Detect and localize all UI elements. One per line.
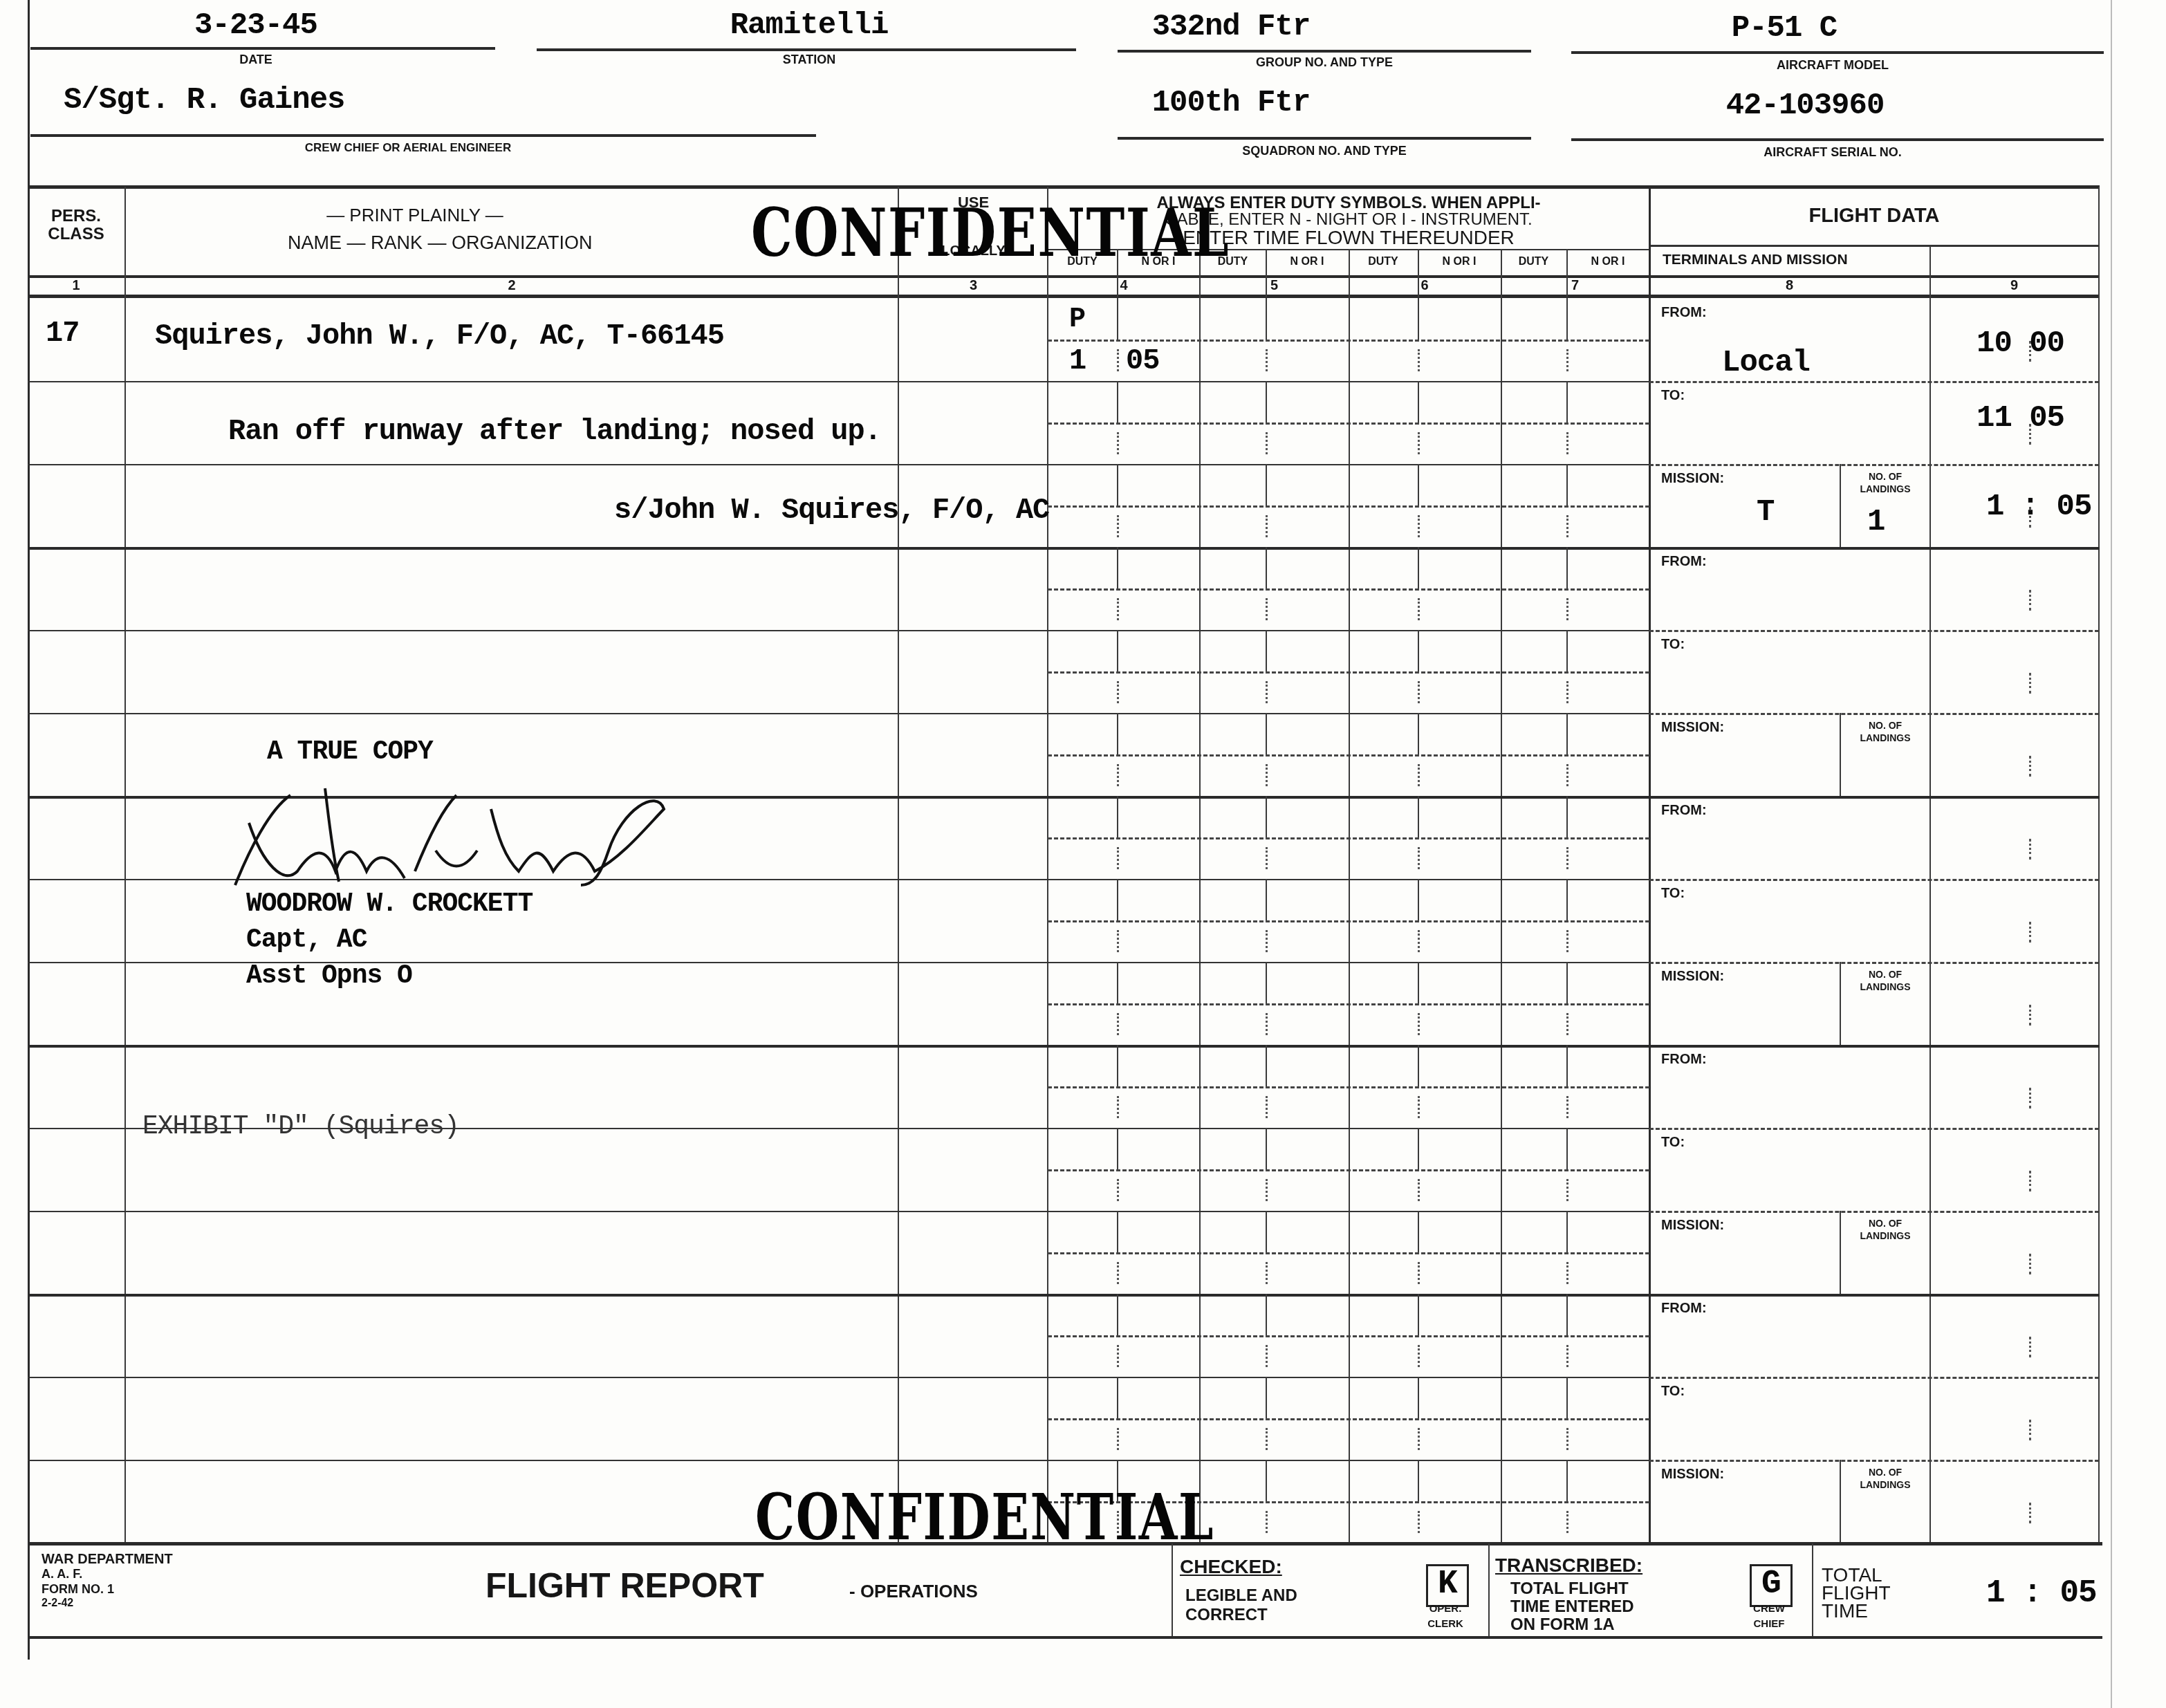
duty-colon-dots [1418, 432, 1420, 454]
aircraft-model-line [1571, 51, 2104, 54]
flight-mission-label: MISSION: [1661, 1467, 1724, 1483]
signer-rank: Capt, AC [246, 925, 367, 955]
col6-right-line [1501, 249, 1502, 1542]
from-value: Local [1722, 346, 1810, 380]
print-plainly-header: — PRINT PLAINLY — [249, 205, 581, 226]
col5-split-header [1266, 249, 1267, 297]
duty-colon-dots [1418, 764, 1420, 786]
duty-colon-dots [1117, 1262, 1119, 1284]
duty-colon-dots [1266, 681, 1268, 703]
duty-symbol: P [1069, 304, 1085, 335]
duty-colon-dots [1566, 1511, 1568, 1533]
duty-colon-dots [1566, 515, 1568, 537]
duty-colon-dots [1566, 1345, 1568, 1367]
col-number-4: 4 [1048, 278, 1200, 294]
time-colon-dots [2029, 1420, 2031, 1440]
duty-split-line [1266, 1377, 1267, 1418]
duty-mid-dash [1048, 920, 1649, 922]
duty-colon-dots [1418, 930, 1420, 952]
duty-colon-dots [1117, 598, 1119, 620]
time-colon-dots [2029, 1503, 2031, 1523]
duty-split-line [1566, 1211, 1568, 1252]
duty-split-line [1566, 464, 1568, 505]
page-left-border [28, 0, 30, 1660]
squadron-line [1118, 137, 1531, 140]
col2-right-line [898, 187, 899, 1542]
duty-mid-dash [1048, 1003, 1649, 1005]
duty-split-line [1117, 713, 1118, 754]
duty-split-line [1117, 298, 1118, 340]
duration-value: 1 : 05 [1986, 490, 2091, 524]
duty-colon-dots [1566, 764, 1568, 786]
page-right-edge [2111, 0, 2112, 1708]
duty-split-line [1418, 1460, 1419, 1501]
duty-colon-dots [1418, 1013, 1420, 1035]
duty-colon-dots [1117, 432, 1119, 454]
row-line [28, 1377, 1649, 1378]
col7-split-header [1566, 249, 1568, 297]
duty-mid-dash [1048, 1335, 1649, 1337]
duty-colon-dots [1418, 681, 1420, 703]
duty-colon-dots [1266, 515, 1268, 537]
flight-sub-dash [1649, 1128, 2099, 1130]
duty-split-line [1117, 464, 1118, 505]
duty-split-line [1566, 381, 1568, 423]
crew-chief-label: CREW CHIEF OR AERIAL ENGINEER [194, 141, 622, 155]
signer-name: WOODROW W. CROCKETT [246, 889, 533, 919]
flight-mission-label: MISSION: [1661, 969, 1724, 985]
crew-chief-label-1: CREW [1734, 1603, 1804, 1615]
no-of-landings-label: NO. OF [1841, 969, 1929, 980]
duty-colon-dots [1117, 1013, 1119, 1035]
duty-colon-dots [1266, 349, 1268, 371]
duty-colon-dots [1266, 598, 1268, 620]
duty-split-line [1566, 298, 1568, 340]
col3-right-line [1047, 187, 1048, 1542]
squadron-label: SQUADRON NO. AND TYPE [1118, 144, 1531, 158]
duty-split-line [1266, 1128, 1267, 1169]
duty-mid-dash [1048, 505, 1649, 508]
checked-left-border [1172, 1543, 1173, 1639]
time-colon-dots [2029, 590, 2031, 611]
duty-time-minutes: 05 [1126, 344, 1159, 378]
flight-sub-dash [1649, 464, 2099, 466]
handwritten-signature [207, 768, 678, 899]
col7-right-line [1649, 187, 1651, 1542]
col1-right-line [124, 187, 126, 1542]
no-of-landings-label: NO. OF [1841, 1467, 1929, 1478]
flight-mission-label: MISSION: [1661, 1218, 1724, 1234]
duty-split-line [1117, 962, 1118, 1003]
duty-colon-dots [1418, 1262, 1420, 1284]
duty-split-line [1117, 1377, 1118, 1418]
mission-value: T [1757, 495, 1774, 530]
no-of-landings-label: NO. OF [1841, 471, 1929, 482]
duty-colon-dots [1418, 598, 1420, 620]
no-of-landings-label: LANDINGS [1841, 1230, 1929, 1241]
footer-top-line [28, 1542, 2102, 1545]
col5-n-or-i-label: N OR I [1266, 256, 1349, 268]
duty-colon-dots [1418, 1179, 1420, 1201]
duty-mid-dash [1048, 1252, 1649, 1254]
form-subtitle: - OPERATIONS [849, 1581, 978, 1602]
duty-split-line [1418, 962, 1419, 1003]
flight-data-sub-line [1649, 245, 2099, 247]
no-of-landings-label: LANDINGS [1841, 483, 1929, 494]
duty-split-line [1266, 879, 1267, 920]
col-number-3: 3 [899, 278, 1048, 294]
duty-mid-dash [1048, 671, 1649, 674]
row-line [28, 713, 1649, 714]
flight-sub-dash [1649, 962, 2099, 964]
war-dept-3: FORM NO. 1 [41, 1582, 114, 1597]
duty-split-line [1566, 796, 1568, 837]
col-number-9: 9 [1929, 278, 2099, 294]
row-line [28, 1460, 1649, 1461]
duty-split-line [1266, 796, 1267, 837]
duty-colon-dots [1266, 432, 1268, 454]
duty-mid-dash [1048, 1169, 1649, 1171]
duty-colon-dots [1418, 1511, 1420, 1533]
duty-colon-dots [1266, 1013, 1268, 1035]
col-number-5: 5 [1200, 278, 1349, 294]
crew-chief-value: S/Sgt. R. Gaines [64, 83, 344, 118]
group-line [1118, 50, 1531, 53]
duty-colon-dots [1418, 1096, 1420, 1118]
duty-colon-dots [1117, 1345, 1119, 1367]
transcribed-text-3: ON FORM 1A [1510, 1615, 1615, 1635]
aircraft-serial-line [1571, 138, 2104, 141]
oper-clerk-label-1: OPER. [1411, 1603, 1480, 1615]
transcribed-text-2: TIME ENTERED [1510, 1597, 1634, 1617]
row-line [28, 547, 2100, 550]
row-line [28, 630, 1649, 631]
station-value: Ramitelli [664, 8, 954, 43]
duty-colon-dots [1566, 847, 1568, 869]
duty-mid-dash [1048, 1086, 1649, 1088]
duty-split-line [1418, 1294, 1419, 1335]
duty-split-line [1418, 713, 1419, 754]
time-colon-dots [2029, 922, 2031, 943]
form-title: FLIGHT REPORT [485, 1566, 764, 1606]
oper-clerk-initial: K [1426, 1566, 1469, 1603]
duty-split-line [1117, 381, 1118, 423]
time-colon-dots [2029, 839, 2031, 860]
duty-colon-dots [1117, 681, 1119, 703]
duty-split-line [1418, 1128, 1419, 1169]
duty-split-line [1418, 630, 1419, 671]
crew-name-value: Squires, John W., F/O, AC, T-66145 [155, 319, 724, 353]
duty-colon-dots [1418, 1428, 1420, 1450]
duty-colon-dots [1117, 764, 1119, 786]
time-colon-dots [2029, 1254, 2031, 1274]
flight-sub-dash [1649, 1377, 2099, 1379]
duty-split-line [1117, 1045, 1118, 1086]
duty-colon-dots [1566, 349, 1568, 371]
duty-split-line [1418, 1045, 1419, 1086]
time-colon-dots [2029, 673, 2031, 694]
no-of-landings-label: NO. OF [1841, 720, 1929, 731]
aircraft-serial-value: 42-103960 [1674, 89, 1936, 123]
no-of-landings-label: NO. OF [1841, 1218, 1929, 1229]
duty-colon-dots [1566, 681, 1568, 703]
flight-sub-dash [1649, 1460, 2099, 1462]
flight-sub-dash [1649, 879, 2099, 881]
row-line [28, 1045, 2100, 1048]
total-left-border [1812, 1543, 1813, 1639]
duty-colon-dots [1266, 1511, 1268, 1533]
duty-split-line [1117, 879, 1118, 920]
col6-n-or-i-label: N OR I [1418, 256, 1501, 268]
duty-colon-dots [1418, 847, 1420, 869]
signer-title: Asst Opns O [246, 961, 412, 991]
duty-colon-dots [1266, 1096, 1268, 1118]
duty-colon-dots [1266, 1179, 1268, 1201]
duty-mid-dash [1048, 340, 1649, 342]
duty-split-line [1266, 298, 1267, 340]
duty-mid-dash [1048, 837, 1649, 839]
col5-right-line [1349, 249, 1350, 1542]
duty-colon-dots [1117, 515, 1119, 537]
col6-duty-label: DUTY [1349, 256, 1418, 268]
time-start-value: 10 00 [1977, 326, 2064, 361]
duty-split-line [1117, 1128, 1118, 1169]
duty-split-line [1266, 381, 1267, 423]
time-colon-dots [2029, 1005, 2031, 1025]
row-line [28, 1294, 2100, 1297]
duty-colon-dots [1418, 1345, 1420, 1367]
station-label: STATION [664, 53, 954, 67]
time-colon-dots [2029, 1088, 2031, 1108]
duty-split-line [1266, 1294, 1267, 1335]
group-label: GROUP NO. AND TYPE [1118, 55, 1531, 70]
duty-colon-dots [1266, 930, 1268, 952]
duty-split-line [1566, 1460, 1568, 1501]
no-of-landings-label: LANDINGS [1841, 1479, 1929, 1490]
flight-from-label: FROM: [1661, 803, 1707, 819]
row-line [28, 381, 1649, 382]
col-number-7: 7 [1501, 278, 1649, 294]
squadron-value: 100th Ftr [1120, 86, 1342, 120]
time-colon-dots [2029, 1337, 2031, 1357]
station-line [537, 48, 1076, 51]
col6-split-header [1418, 249, 1419, 297]
duty-split-line [1418, 796, 1419, 837]
pers-class-value: 17 [46, 317, 79, 350]
col8-right-line [1929, 246, 1931, 1542]
duty-colon-dots [1266, 1345, 1268, 1367]
duty-colon-dots [1418, 515, 1420, 537]
flight-from-label: FROM: [1661, 554, 1707, 570]
flight-mission-label: MISSION: [1661, 471, 1724, 487]
duty-colon-dots [1566, 1262, 1568, 1284]
legible-label-1: LEGIBLE AND [1185, 1586, 1297, 1606]
legible-label-2: CORRECT [1185, 1606, 1268, 1625]
war-dept-4: 2-2-42 [41, 1597, 73, 1610]
remark-text: Ran off runway after landing; nosed up. [228, 415, 881, 448]
flight-sub-dash [1649, 381, 2099, 383]
duty-split-line [1117, 547, 1118, 588]
col7-n-or-i-label: N OR I [1566, 256, 1649, 268]
oper-clerk-label-2: CLERK [1411, 1618, 1480, 1630]
col-number-8: 8 [1649, 278, 1929, 294]
date-line [30, 47, 495, 50]
name-rank-org-header: NAME — RANK — ORGANIZATION [288, 232, 593, 254]
duty-split-line [1266, 962, 1267, 1003]
date-value: 3-23-45 [152, 8, 360, 43]
duty-colon-dots [1566, 1179, 1568, 1201]
flight-to-label: TO: [1661, 886, 1685, 902]
duty-colon-dots [1266, 1428, 1268, 1450]
duty-split-line [1418, 464, 1419, 505]
flight-sub-dash [1649, 630, 2099, 632]
duty-mid-dash [1048, 423, 1649, 425]
col4-right-line [1199, 249, 1201, 1542]
col-number-2: 2 [124, 278, 899, 294]
confidential-stamp-top: CONFIDENTIAL [751, 194, 1230, 272]
terminals-mission-header: TERMINALS AND MISSION [1663, 252, 1848, 268]
duty-colon-dots [1266, 847, 1268, 869]
duty-colon-dots [1418, 349, 1420, 371]
duty-split-line [1566, 713, 1568, 754]
duty-split-line [1266, 630, 1267, 671]
exhibit-label: EXHIBIT "D" (Squires) [142, 1112, 459, 1142]
crew-chief-label-2: CHIEF [1734, 1618, 1804, 1630]
duty-split-line [1566, 1294, 1568, 1335]
transcribed-left-border [1488, 1543, 1490, 1639]
duty-split-line [1418, 298, 1419, 340]
duty-split-line [1418, 381, 1419, 423]
group-value: 332nd Ftr [1120, 10, 1342, 44]
pers-class-header: PERS. CLASS [30, 207, 122, 243]
duty-split-line [1117, 1294, 1118, 1335]
duty-mid-dash [1048, 588, 1649, 591]
col-number-1: 1 [30, 278, 122, 294]
duty-split-line [1266, 547, 1267, 588]
duty-split-line [1266, 1460, 1267, 1501]
duty-colon-dots [1117, 1428, 1119, 1450]
checked-label: CHECKED: [1180, 1556, 1282, 1578]
table-top-line [28, 185, 2100, 189]
duty-colon-dots [1117, 930, 1119, 952]
duty-split-line [1566, 962, 1568, 1003]
duty-mid-dash [1048, 754, 1649, 756]
total-label-3: TIME [1822, 1600, 1868, 1622]
time-colon-dots [2029, 756, 2031, 777]
duty-time-hours: 1 [1069, 344, 1086, 378]
flight-to-label: TO: [1661, 1135, 1685, 1151]
duty-colon-dots [1266, 1262, 1268, 1284]
crew-chief-initial: G [1750, 1566, 1793, 1603]
col-number-6: 6 [1349, 278, 1501, 294]
flight-from-label: FROM: [1661, 1301, 1707, 1317]
duty-mid-dash [1048, 1418, 1649, 1420]
war-dept-2: A. A. F. [41, 1567, 82, 1581]
duty-split-line [1266, 713, 1267, 754]
duty-split-line [1418, 1377, 1419, 1418]
flight-from-label: FROM: [1661, 1052, 1707, 1068]
duty-split-line [1266, 1211, 1267, 1252]
true-copy-label: A TRUE COPY [267, 737, 433, 767]
flight-to-label: TO: [1661, 388, 1685, 404]
aircraft-model-value: P-51 C [1674, 11, 1895, 46]
duty-colon-dots [1566, 598, 1568, 620]
flight-sub-dash [1649, 1211, 2099, 1213]
duty-colon-dots [1117, 1179, 1119, 1201]
duty-split-line [1566, 879, 1568, 920]
aircraft-serial-label: AIRCRAFT SERIAL NO. [1687, 145, 1978, 160]
duty-split-line [1566, 1128, 1568, 1169]
war-dept-1: WAR DEPARTMENT [41, 1552, 173, 1568]
duty-colon-dots [1566, 1428, 1568, 1450]
date-label: DATE [152, 53, 360, 67]
no-of-landings-label: LANDINGS [1841, 732, 1929, 743]
duty-colon-dots [1566, 432, 1568, 454]
flight-to-label: TO: [1661, 637, 1685, 653]
duty-split-line [1418, 1211, 1419, 1252]
col9-right-line [2098, 187, 2100, 1542]
aircraft-model-label: AIRCRAFT MODEL [1687, 58, 1978, 73]
crew-chief-line [30, 134, 816, 137]
duty-colon-dots [1266, 764, 1268, 786]
duty-split-line [1117, 630, 1118, 671]
flight-from-label: FROM: [1661, 305, 1707, 321]
duty-split-line [1566, 547, 1568, 588]
total-flight-time-value: 1 : 05 [1986, 1575, 2097, 1611]
transcribed-label: TRANSCRIBED: [1495, 1554, 1642, 1577]
time-colon-dots [2029, 1171, 2031, 1191]
col7-duty-label: DUTY [1501, 256, 1566, 268]
duty-colon-dots [1566, 930, 1568, 952]
duty-split-line [1566, 1045, 1568, 1086]
flight-data-header: FLIGHT DATA [1649, 205, 2099, 228]
duty-split-line [1418, 547, 1419, 588]
transcribed-text-1: TOTAL FLIGHT [1510, 1579, 1629, 1599]
duty-split-line [1117, 1211, 1118, 1252]
duty-colon-dots [1566, 1096, 1568, 1118]
duty-colon-dots [1117, 847, 1119, 869]
duty-colon-dots [1117, 349, 1119, 371]
duty-split-line [1566, 630, 1568, 671]
duty-colon-dots [1566, 1013, 1568, 1035]
time-end-value: 11 05 [1977, 401, 2064, 436]
landings-value: 1 [1867, 505, 1885, 539]
duty-split-line [1117, 796, 1118, 837]
row-line [28, 464, 1649, 465]
flight-sub-dash [1649, 713, 2099, 715]
flight-mission-label: MISSION: [1661, 720, 1724, 736]
row-line [28, 1211, 1649, 1212]
duty-split-line [1418, 879, 1419, 920]
pilot-signature-text: s/John W. Squires, F/O, AC [614, 494, 1049, 527]
column-number-bottom-line [28, 295, 2100, 298]
duty-split-line [1266, 464, 1267, 505]
duty-split-line [1566, 1377, 1568, 1418]
flight-to-label: TO: [1661, 1384, 1685, 1400]
duty-colon-dots [1117, 1096, 1119, 1118]
duty-split-line [1266, 1045, 1267, 1086]
footer-bottom-line [28, 1636, 2102, 1639]
no-of-landings-label: LANDINGS [1841, 981, 1929, 992]
